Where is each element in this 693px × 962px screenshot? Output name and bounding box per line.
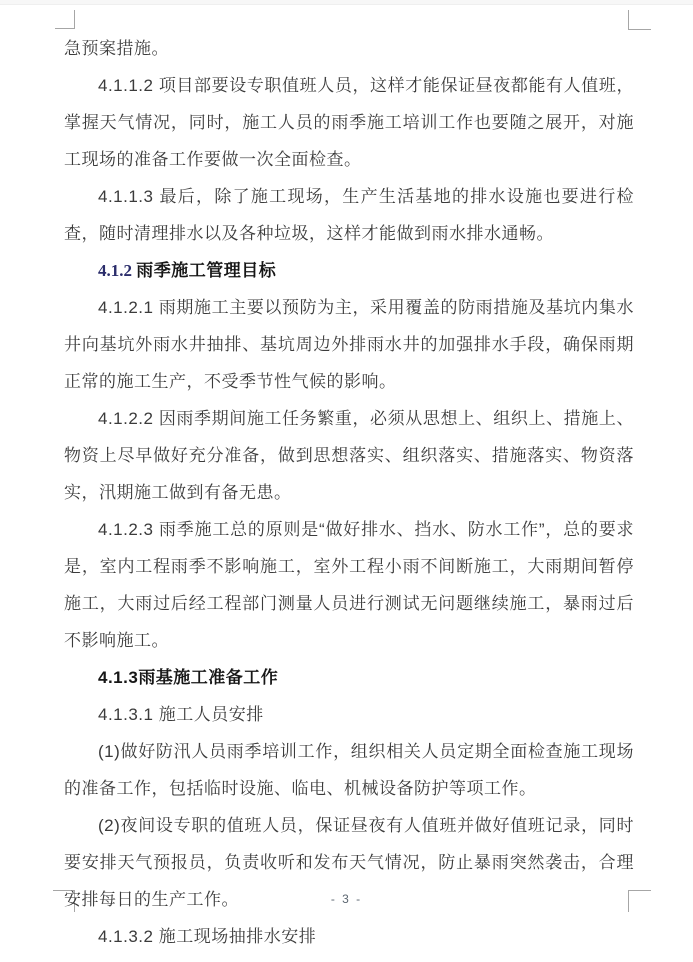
- document-body: 急预案措施。 4.1.1.2 项目部要设专职值班人员，这样才能保证昼夜都能有人值…: [64, 30, 634, 955]
- section-heading-number: 4.1.2: [98, 261, 136, 280]
- paragraph-4121: 4.1.2.1 雨期施工主要以预防为主，采用覆盖的防雨措施及基坑内集水井向基坑外…: [64, 289, 634, 400]
- document-page: 急预案措施。 4.1.1.2 项目部要设专职值班人员，这样才能保证昼夜都能有人值…: [0, 0, 693, 962]
- paragraph-4131: 4.1.3.1 施工人员安排: [64, 696, 634, 733]
- paragraph-4113: 4.1.1.3 最后，除了施工现场，生产生活基地的排水设施也要进行检查，随时清理…: [64, 178, 634, 252]
- paragraph-4112: 4.1.1.2 项目部要设专职值班人员，这样才能保证昼夜都能有人值班，掌握天气情…: [64, 67, 634, 178]
- section-heading-412: 4.1.2 雨季施工管理目标: [64, 252, 634, 289]
- paragraph-4132: 4.1.3.2 施工现场抽排水安排: [64, 918, 634, 955]
- paragraph-continuation: 急预案措施。: [64, 30, 634, 67]
- page-number: - 3 -: [0, 890, 693, 908]
- text-boundary-mark-top-right: [628, 10, 651, 30]
- paragraph-4123: 4.1.2.3 雨季施工总的原则是“做好排水、挡水、防水工作”，总的要求是，室内…: [64, 511, 634, 659]
- paragraph-4131-item1: (1)做好防汛人员雨季培训工作，组织相关人员定期全面检查施工现场的准备工作，包括…: [64, 733, 634, 807]
- window-top-edge: [0, 0, 693, 5]
- section-heading-title: 雨基施工准备工作: [138, 668, 278, 687]
- section-heading-413: 4.1.3雨基施工准备工作: [64, 659, 634, 696]
- section-heading-title: 雨季施工管理目标: [136, 261, 276, 280]
- text-boundary-mark-top-left: [55, 10, 75, 29]
- paragraph-4122: 4.1.2.2 因雨季期间施工任务繁重，必须从思想上、组织上、措施上、物资上尽早…: [64, 400, 634, 511]
- section-heading-number: 4.1.3: [98, 668, 138, 687]
